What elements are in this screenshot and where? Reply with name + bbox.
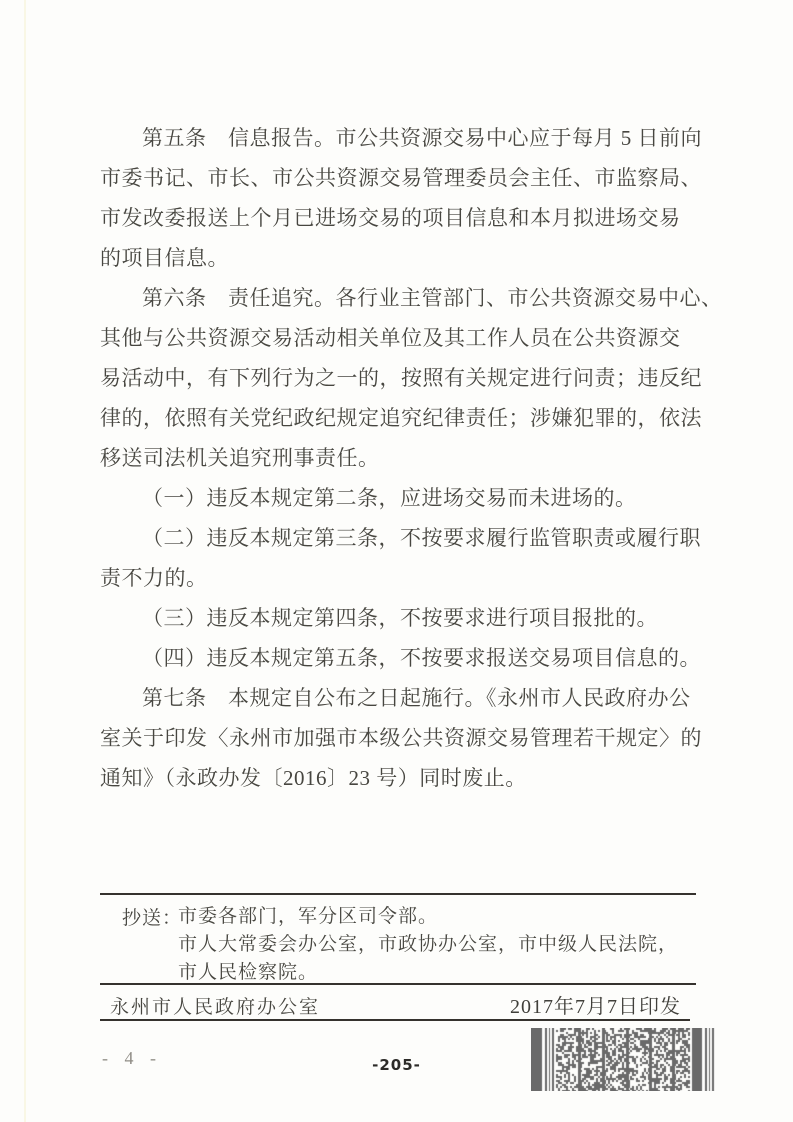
text-line: 律的，依照有关党纪政纪规定追究纪律责任；涉嫌犯罪的，依法 xyxy=(100,398,698,438)
text-line: （四）违反本规定第五条，不按要求报送交易项目信息的。 xyxy=(100,638,698,678)
text-line: （三）违反本规定第四条，不按要求进行项目报批的。 xyxy=(100,598,698,638)
text-line: 第五条 信息报告。市公共资源交易中心应于每月 5 日前向 xyxy=(100,118,698,158)
text-line: 市发改委报送上个月已进场交易的项目信息和本月拟进场交易 xyxy=(100,198,698,238)
footer-divider-top xyxy=(100,893,696,895)
paragraph-item-1: （一）违反本规定第二条，应进场交易而未进场的。 xyxy=(100,478,698,518)
document-body: 第五条 信息报告。市公共资源交易中心应于每月 5 日前向 市委书记、市长、市公共… xyxy=(100,118,698,798)
paragraph-item-3: （三）违反本规定第四条，不按要求进行项目报批的。 xyxy=(100,598,698,638)
scan-edge-artifact xyxy=(24,0,26,1122)
footer-divider-bottom xyxy=(100,1019,690,1021)
scanned-document-page: 第五条 信息报告。市公共资源交易中心应于每月 5 日前向 市委书记、市长、市公共… xyxy=(0,0,793,1122)
paragraph-article-5: 第五条 信息报告。市公共资源交易中心应于每月 5 日前向 市委书记、市长、市公共… xyxy=(100,118,698,278)
paragraph-article-7: 第七条 本规定自公布之日起施行。《永州市人民政府办公 室关于印发〈永州市加强市本… xyxy=(100,678,698,798)
text-line: 其他与公共资源交易活动相关单位及其工作人员在公共资源交 xyxy=(100,318,698,358)
text-line: 通知》（永政办发〔2016〕23 号）同时废止。 xyxy=(100,758,698,798)
text-line: 的项目信息。 xyxy=(100,238,698,278)
text-line: 室关于印发〈永州市加强市本级公共资源交易管理若干规定〉的 xyxy=(100,718,698,758)
paragraph-item-2: （二）违反本规定第三条，不按要求履行监管职责或履行职 责不力的。 xyxy=(100,518,698,598)
barcode-image xyxy=(531,1028,716,1091)
print-date: 2017年7月7日印发 xyxy=(510,990,681,1019)
cc-list: 市委各部门，军分区司令部。 市人大常委会办公室，市政协办公室，市中级人民法院， … xyxy=(178,903,678,987)
cc-line: 市人大常委会办公室，市政协办公室，市中级人民法院， xyxy=(178,931,678,959)
text-line: 第七条 本规定自公布之日起施行。《永州市人民政府办公 xyxy=(100,678,698,718)
text-line: （一）违反本规定第二条，应进场交易而未进场的。 xyxy=(100,478,698,518)
cc-line: 市委各部门，军分区司令部。 xyxy=(178,903,678,931)
text-line: 市委书记、市长、市公共资源交易管理委员会主任、市监察局、 xyxy=(100,158,698,198)
text-line: 责不力的。 xyxy=(100,558,698,598)
paragraph-item-4: （四）违反本规定第五条，不按要求报送交易项目信息的。 xyxy=(100,638,698,678)
text-line: 第六条 责任追究。各行业主管部门、市公共资源交易中心、 xyxy=(100,278,698,318)
document-barcode xyxy=(531,1028,716,1091)
text-line: 移送司法机关追究刑事责任。 xyxy=(100,438,698,478)
footer-divider-middle xyxy=(100,983,696,985)
paragraph-article-6: 第六条 责任追究。各行业主管部门、市公共资源交易中心、 其他与公共资源交易活动相… xyxy=(100,278,698,478)
text-line: 易活动中，有下列行为之一的，按照有关规定进行问责；违反纪 xyxy=(100,358,698,398)
cc-label: 抄送： xyxy=(122,903,182,930)
text-line: （二）违反本规定第三条，不按要求履行监管职责或履行职 xyxy=(100,518,698,558)
issuer-name: 永州市人民政府办公室 xyxy=(110,992,320,1019)
